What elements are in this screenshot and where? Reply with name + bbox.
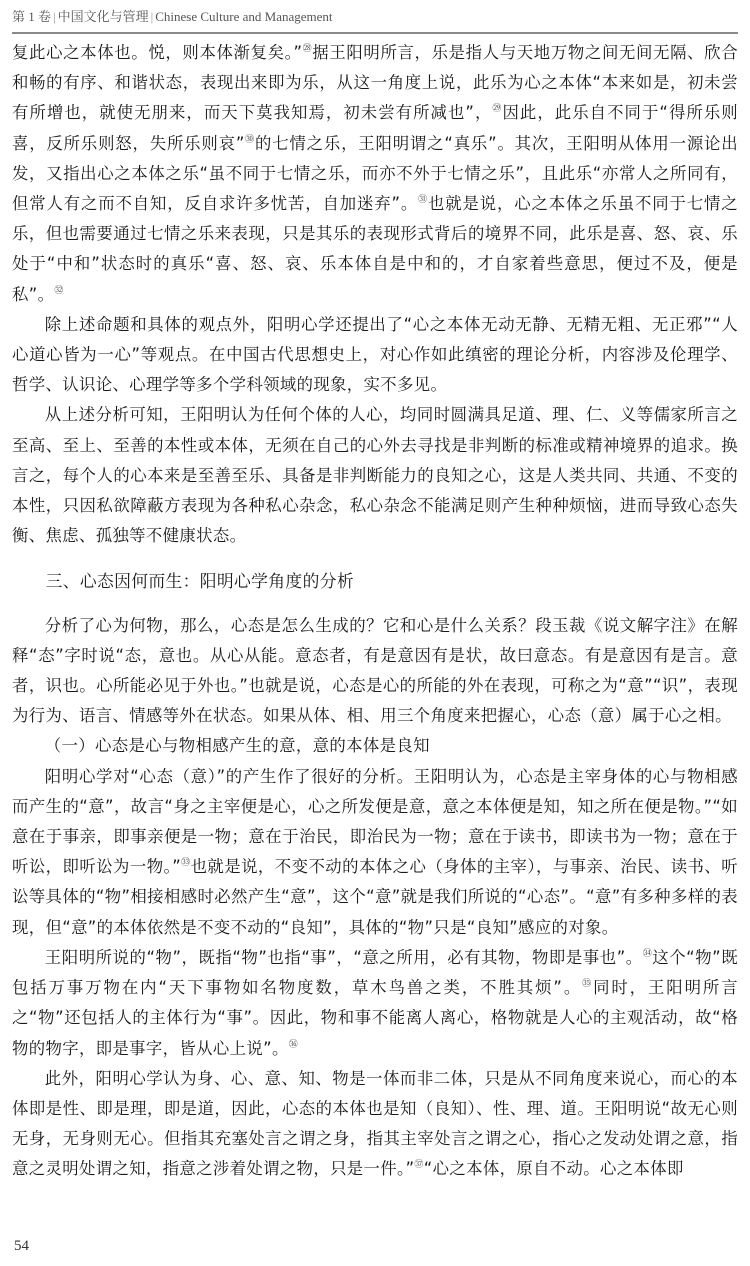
- paragraph: 此外，阳明心学认为身、心、意、知、物是一体而非二体，只是从不同角度来说心，而心的…: [12, 1064, 738, 1185]
- subsection-heading: （一）心态是心与物相感产生的意，意的本体是良知: [12, 731, 738, 761]
- footnote-marker[interactable]: ㉚: [245, 135, 255, 145]
- paragraph-group-1: 复此心之本体也。悦，则本体渐复矣。”㉘据王阳明所言，乐是指人与天地万物之间无间无…: [12, 38, 738, 551]
- footnote-marker[interactable]: ㉝: [181, 858, 191, 868]
- section-heading: 三、心态因何而生：阳明心学角度的分析: [12, 566, 738, 596]
- paragraph: 分析了心为何物，那么，心态是怎么生成的？它和心是什么关系？段玉裁《说文解字注》在…: [12, 611, 738, 732]
- footnote-marker[interactable]: ㉛: [418, 195, 428, 205]
- journal-title-en: Chinese Culture and Management: [155, 9, 332, 24]
- footnote-marker[interactable]: ㉟: [582, 979, 593, 989]
- paragraph-group-3: 阳明心学对“心态（意）”的产生作了很好的分析。王阳明认为，心态是主宰身体的心与物…: [12, 762, 738, 1185]
- paragraph-text: 王阳明所说的“物”，既指“物”也指“事”，“意之所用，必有其物，物即是事也”。: [45, 948, 643, 967]
- page-number: 54: [14, 1238, 29, 1255]
- paragraph: 王阳明所说的“物”，既指“物”也指“事”，“意之所用，必有其物，物即是事也”。㉞…: [12, 943, 738, 1064]
- paragraph: 复此心之本体也。悦，则本体渐复矣。”㉘据王阳明所言，乐是指人与天地万物之间无间无…: [12, 38, 738, 310]
- paragraph: 阳明心学对“心态（意）”的产生作了很好的分析。王阳明认为，心态是主宰身体的心与物…: [12, 762, 738, 943]
- article-body: 复此心之本体也。悦，则本体渐复矣。”㉘据王阳明所言，乐是指人与天地万物之间无间无…: [12, 38, 738, 1185]
- running-header: 第 1 卷|中国文化与管理|Chinese Culture and Manage…: [12, 6, 738, 34]
- header-separator: |: [51, 9, 58, 24]
- paragraph-text: 从上述分析可知，王阳明认为任何个体的人心，均同时圆满具足道、理、仁、义等儒家所言…: [12, 405, 738, 545]
- paragraph-text: 除上述命题和具体的观点外，阳明心学还提出了“心之本体无动无静、无精无粗、无正邪”…: [12, 315, 738, 394]
- footnote-marker[interactable]: ㉜: [54, 286, 63, 296]
- footnote-marker[interactable]: ㊱: [289, 1040, 298, 1050]
- volume-label: 第 1 卷: [12, 9, 51, 24]
- paragraph-text: “心之本体，原自不动。心之本体即: [424, 1159, 684, 1178]
- paragraph-group-2: 分析了心为何物，那么，心态是怎么生成的？它和心是什么关系？段玉裁《说文解字注》在…: [12, 611, 738, 732]
- paragraph: 从上述分析可知，王阳明认为任何个体的人心，均同时圆满具足道、理、仁、义等儒家所言…: [12, 400, 738, 551]
- journal-title-cn: 中国文化与管理: [58, 9, 149, 24]
- paragraph: 除上述命题和具体的观点外，阳明心学还提出了“心之本体无动无静、无精无粗、无正邪”…: [12, 310, 738, 401]
- paragraph-text: 复此心之本体也。悦，则本体渐复矣。”: [12, 43, 302, 62]
- paragraph-text: 分析了心为何物，那么，心态是怎么生成的？它和心是什么关系？段玉裁《说文解字注》在…: [12, 616, 738, 726]
- footnote-marker[interactable]: ㉙: [492, 104, 502, 114]
- footnote-marker[interactable]: ㊲: [414, 1160, 423, 1170]
- footnote-marker[interactable]: ㉘: [302, 44, 312, 54]
- footnote-marker[interactable]: ㉞: [643, 949, 653, 959]
